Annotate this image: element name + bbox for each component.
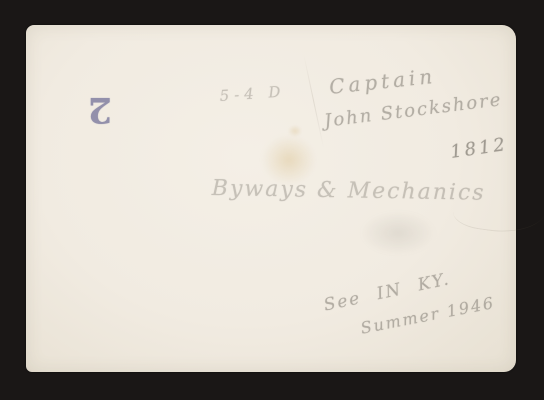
photo-back-card: 2 5-4 D Captain John Stockshore 1812 Byw… [26, 25, 516, 372]
pencil-smudge [360, 211, 436, 255]
handwriting-caption: Byways & Mechanics [212, 176, 486, 206]
stain-mark-small [288, 125, 302, 137]
stamp-numeral: 2 [82, 89, 112, 130]
handwriting-title: Captain [328, 64, 437, 99]
handwriting-year: 1812 [449, 134, 509, 163]
crease-line [303, 54, 324, 147]
handwriting-code: 5-4 D [219, 82, 286, 105]
photo-scan-background: 2 5-4 D Captain John Stockshore 1812 Byw… [0, 0, 544, 400]
